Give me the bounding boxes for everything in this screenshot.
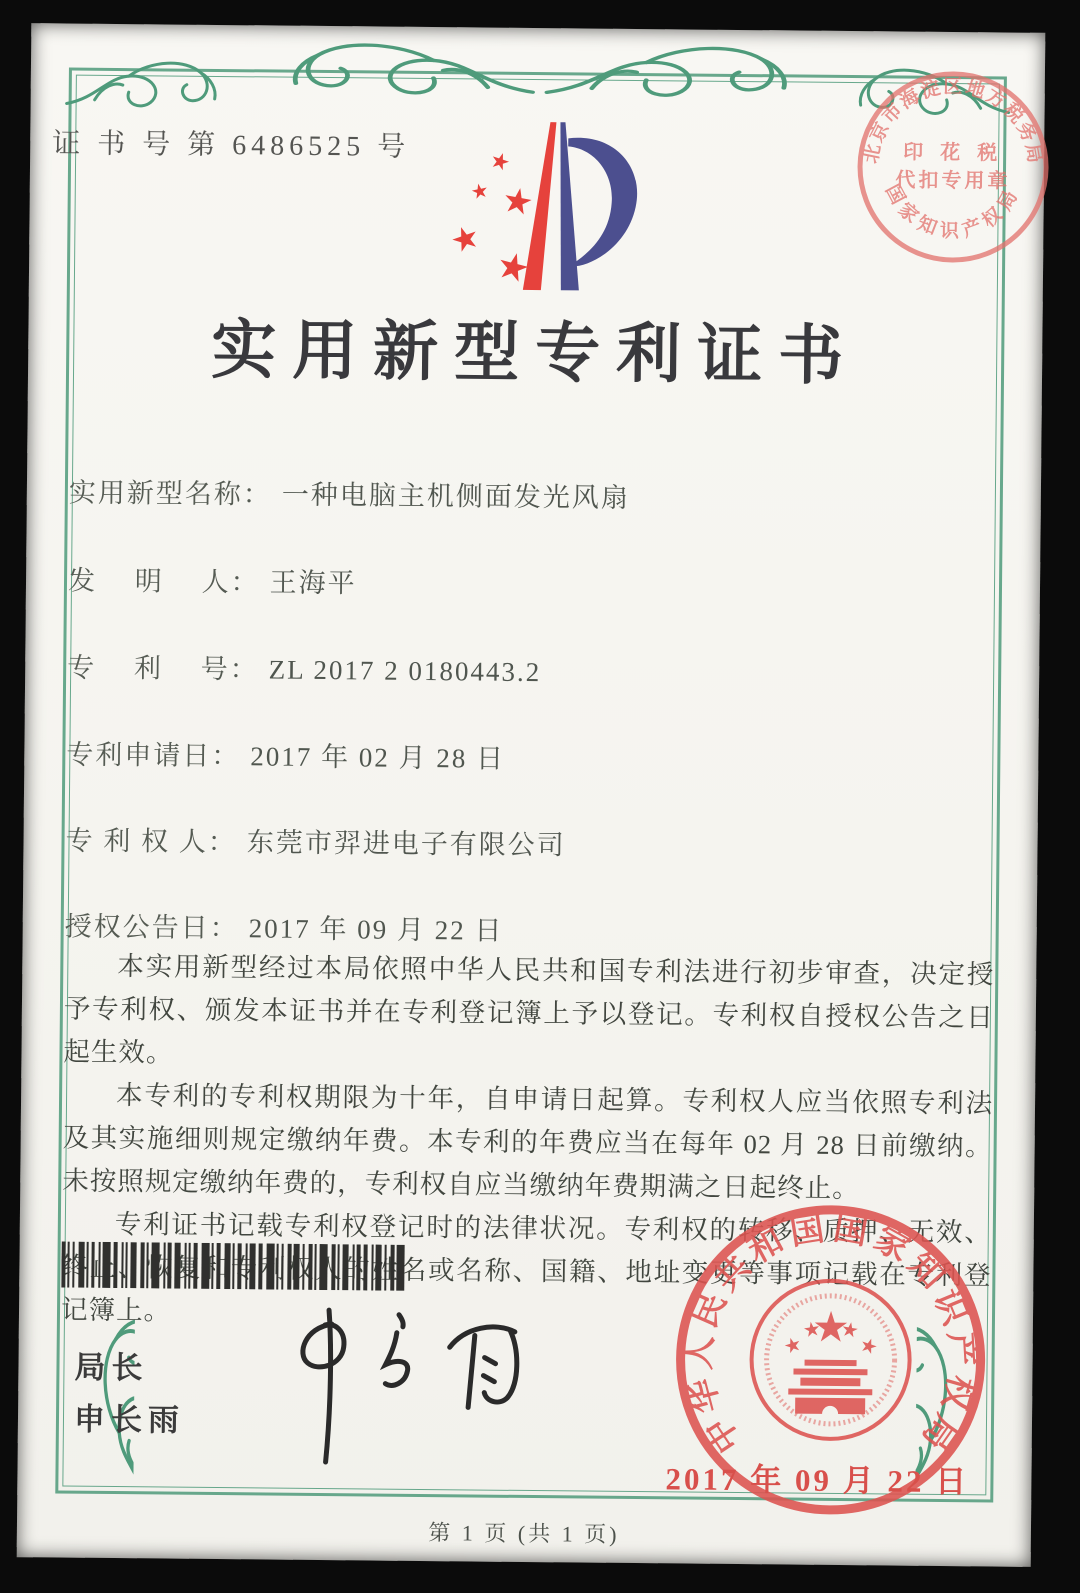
tax-stamp-line1: 印 花 税 [903,140,1003,165]
barcode-bar [287,1244,291,1290]
legal-paragraph-1: 本实用新型经过本局依照中华人民共和国专利法进行初步审查，决定授予专利权、颁发本证… [63,945,994,1083]
barcode-bar [86,1242,88,1288]
barcode-bar [130,1242,136,1288]
barcode-bar [232,1243,234,1289]
seal-date: 2017 年 09 月 22 日 [665,1453,969,1501]
barcode-bar [337,1244,339,1290]
ornament-corner-top-left [60,59,231,121]
barcode-bar [216,1243,220,1289]
barcode-bar [249,1243,255,1289]
barcode-bar [167,1243,171,1289]
barcode-bar [211,1243,213,1289]
certificate-number: 证 书 号 第 6486525 号 [52,121,410,164]
barcode [61,1242,453,1292]
barcode-bar [276,1244,278,1290]
field-label: 实用新型名称： [69,478,272,510]
barcode-bar [67,1242,69,1288]
barcode-bar [201,1243,209,1289]
barcode-bar [91,1242,94,1288]
field-value: ZL 2017 2 0180443.2 [269,654,542,687]
barcode-bar [314,1244,316,1290]
officer-title: 局长 [74,1342,185,1395]
logo-red-wedge [523,122,557,290]
barcode-bar [163,1242,165,1288]
barcode-bar [266,1243,274,1289]
field-label: 专利申请日： [66,740,240,772]
certificate-page: 证 书 号 第 6486525 号 北京市海淀区地方税务局 [17,23,1046,1567]
field-patentee: 专 利 权 人：东莞市羿进电子有限公司 [65,819,566,863]
tax-stamp: 北京市海淀区地方税务局 印 花 税 代扣专用章 国家知识产权局 [847,61,1059,273]
field-label: 专 利 权 人： [65,826,237,858]
barcode-bar [281,1244,283,1290]
barcode-bar [146,1242,148,1288]
photo-background: 证 书 号 第 6486525 号 北京市海淀区地方税务局 [0,0,1080,1593]
barcode-bar [61,1242,65,1288]
field-value: 一种电脑主机侧面发光风扇 [282,480,630,513]
barcode-bar [384,1245,386,1291]
barcode-bar [293,1244,299,1290]
barcode-bar [140,1242,144,1288]
seal-arc-text: 中华人民共和国国家知识产权局 [680,1207,983,1462]
barcode-bar [121,1242,123,1288]
barcode-bar [390,1245,394,1291]
field-grant-date: 授权公告日：2017 年 09 月 22 日 [65,905,504,948]
tax-stamp-line2: 代扣专用章 [895,167,1010,192]
barcode-bar [193,1243,197,1289]
barcode-bar [188,1243,190,1289]
barcode-bar [371,1244,373,1290]
field-label: 专 利 号： [67,653,259,685]
field-label: 发 明 人： [68,566,260,598]
barcode-bar [224,1243,230,1289]
field-value: 2017 年 09 月 22 日 [249,913,504,945]
barcode-bar [319,1244,327,1290]
barcode-bar [174,1243,180,1289]
barcode-bar [72,1242,74,1288]
field-value: 王海平 [269,567,356,598]
field-value: 东莞市羿进电子有限公司 [247,827,566,860]
cnipa-logo-icon [437,89,669,321]
field-value: 2017 年 02 月 28 日 [250,741,505,773]
signature-icon [245,1301,567,1474]
field-utility-model-name: 实用新型名称：一种电脑主机侧面发光风扇 [69,471,630,515]
barcode-bar [237,1243,241,1289]
barcode-bar [102,1242,110,1288]
national-emblem-icon [751,1280,911,1440]
field-filing-date: 专利申请日：2017 年 02 月 28 日 [66,733,505,776]
barcode-bar [375,1245,381,1291]
svg-text:中华人民共和国国家知识产权局: 中华人民共和国国家知识产权局 [680,1207,983,1462]
barcode-bar [125,1242,127,1288]
officer-name: 申长雨 [74,1394,185,1447]
logo-stars-icon [449,150,534,283]
barcode-bar [352,1244,354,1290]
barcode-bar [342,1244,348,1290]
barcode-bar [331,1244,335,1290]
barcode-bar [396,1245,404,1291]
barcode-bar [184,1243,186,1289]
legal-paragraph-2: 本专利的专利权期限为十年，自申请日起算。专利权人应当依照专利法及其实施细则规定缴… [62,1074,993,1212]
certificate-title: 实用新型专利证书 [28,295,1043,399]
field-label: 授权公告日： [65,912,239,944]
barcode-bar [356,1244,360,1290]
barcode-bar [245,1243,247,1289]
barcode-bar [113,1242,117,1288]
officer-block: 局长 申长雨 [74,1342,186,1447]
logo-blue-bowl [567,138,638,267]
barcode-bar [78,1242,84,1288]
barcode-bar [151,1242,159,1288]
barcode-bar [258,1243,262,1289]
field-patent-number: 专 利 号：ZL 2017 2 0180443.2 [67,646,541,690]
barcode-bar [98,1242,100,1288]
field-inventor: 发 明 人：王海平 [68,559,357,601]
barcode-bar [363,1244,367,1290]
barcode-bar [308,1244,312,1290]
barcode-bar [302,1244,304,1290]
